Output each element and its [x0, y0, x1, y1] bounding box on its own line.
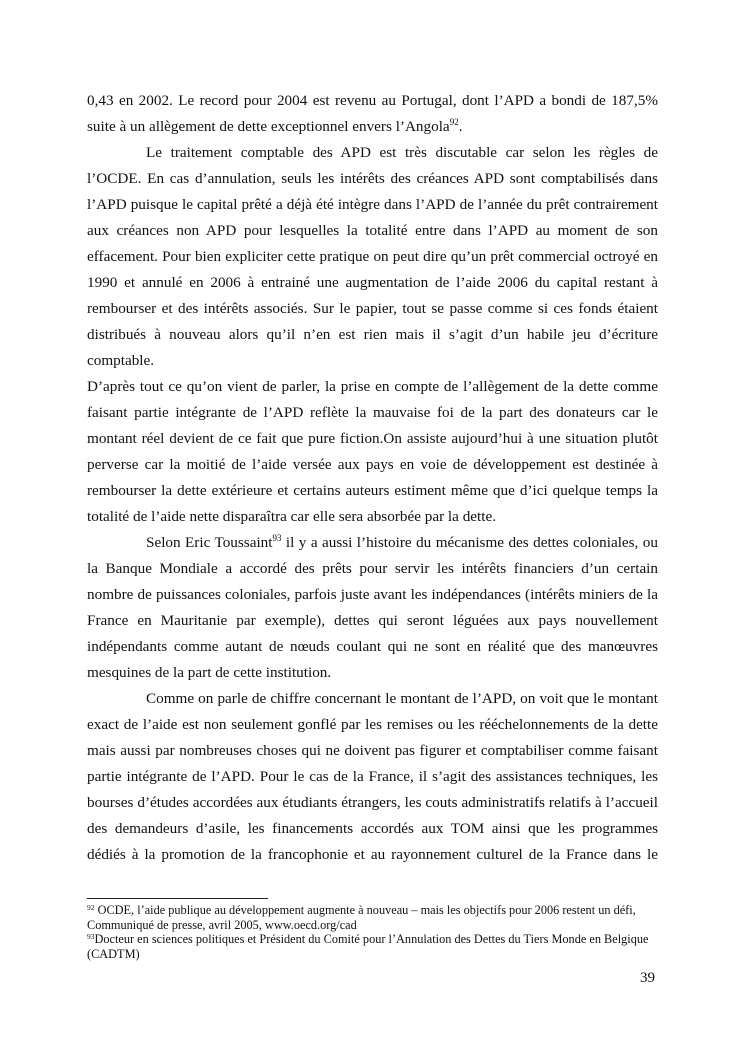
footnote-separator: [87, 898, 268, 899]
paragraph-text: D’après tout ce qu’on vient de parler, l…: [87, 378, 658, 525]
page-number: 39: [640, 969, 655, 987]
footnote-number: 92: [87, 903, 95, 912]
paragraph-5: Comme on parle de chiffre concernant le …: [87, 686, 658, 868]
paragraph-text: .: [459, 118, 463, 135]
footnote-number: 93: [87, 932, 95, 941]
paragraph-text: Selon Eric Toussaint: [146, 534, 272, 551]
paragraph-text: 0,43 en 2002. Le record pour 2004 est re…: [87, 92, 658, 135]
paragraph-text: il y a aussi l’histoire du mécanisme des…: [87, 534, 658, 681]
paragraph-2: Le traitement comptable des APD est très…: [87, 140, 658, 374]
footnote-text: Docteur en sciences politiques et Présid…: [87, 932, 648, 961]
paragraph-1: 0,43 en 2002. Le record pour 2004 est re…: [87, 88, 658, 140]
footnote-text: OCDE, l’aide publique au développement a…: [87, 903, 636, 932]
footnotes: 92 OCDE, l’aide publique au développemen…: [87, 903, 662, 961]
paragraph-text: Comme on parle de chiffre concernant le …: [87, 690, 658, 863]
footnote-92: 92 OCDE, l’aide publique au développemen…: [87, 903, 662, 932]
paragraph-3: D’après tout ce qu’on vient de parler, l…: [87, 374, 658, 530]
paragraph-4: Selon Eric Toussaint93 il y a aussi l’hi…: [87, 530, 658, 686]
body-text: 0,43 en 2002. Le record pour 2004 est re…: [87, 88, 658, 868]
document-page: 0,43 en 2002. Le record pour 2004 est re…: [0, 0, 745, 1053]
paragraph-text: Le traitement comptable des APD est très…: [87, 144, 658, 369]
footnote-ref-92[interactable]: 92: [450, 117, 459, 127]
footnote-93: 93Docteur en sciences politiques et Prés…: [87, 932, 662, 961]
